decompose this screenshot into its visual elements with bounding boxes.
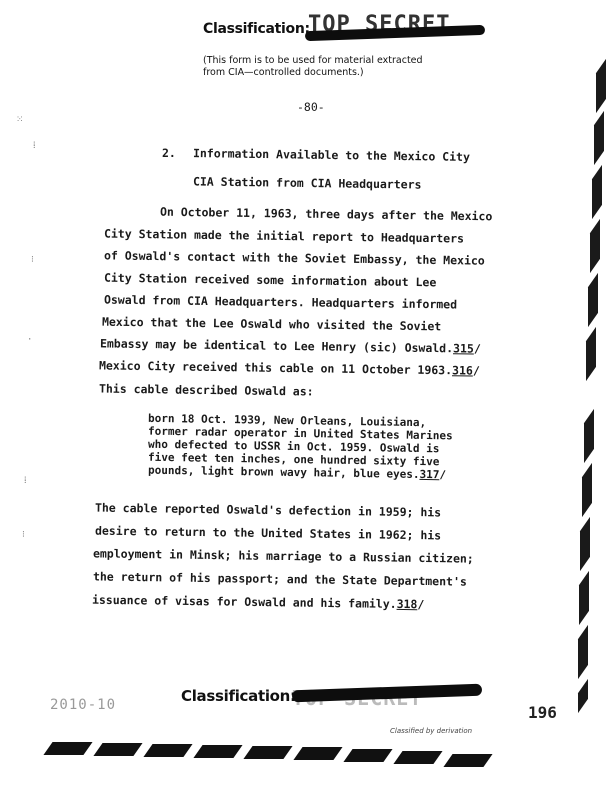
para1-line: Embassy may be identical to Lee Henry (s…: [100, 336, 481, 355]
footer-classification-label: Classification:: [181, 687, 296, 705]
footnote-315[interactable]: 315: [453, 341, 474, 355]
form-note-line2: from CIA—controlled documents.): [203, 67, 423, 79]
scan-artifact: ⁞: [33, 140, 36, 151]
edge-mark: [93, 743, 142, 756]
edge-mark: [586, 327, 596, 381]
edge-mark: [580, 517, 590, 571]
page-number: -80-: [297, 100, 325, 114]
form-note-line1: (This form is to be used for material ex…: [203, 55, 423, 67]
para1-line: On October 11, 1963, three days after th…: [160, 205, 493, 224]
edge-mark: [584, 409, 594, 463]
edge-mark: [293, 747, 342, 760]
scan-artifact: ⁙: [16, 115, 24, 125]
quote-line: pounds, light brown wavy hair, blue eyes…: [148, 465, 446, 482]
footnote-318[interactable]: 318: [397, 597, 418, 611]
footnote-316[interactable]: 316: [452, 363, 473, 377]
section-title-line1: Information Available to the Mexico City: [193, 146, 470, 164]
edge-mark: [193, 745, 242, 758]
para2-line: the return of his passport; and the Stat…: [93, 569, 467, 588]
page-total-number: 196: [528, 703, 557, 722]
section-number: 2.: [162, 146, 176, 160]
para1-line: Mexico City received this cable on 11 Oc…: [99, 358, 480, 377]
para1-line: City Station made the initial report to …: [104, 226, 464, 245]
para2-line: desire to return to the United States in…: [95, 524, 441, 543]
classified-by-note: Classified by derivation: [390, 727, 472, 735]
para1-line: City Station received some information a…: [104, 271, 437, 290]
edge-mark: [393, 751, 442, 764]
scan-artifact: ·: [27, 335, 32, 345]
edge-mark: [579, 571, 589, 625]
para1-line: Oswald from CIA Headquarters. Headquarte…: [104, 293, 457, 312]
form-note: (This form is to be used for material ex…: [203, 55, 423, 79]
edge-mark: [143, 744, 192, 757]
footnote-317[interactable]: 317: [419, 468, 439, 481]
para2-line: issuance of visas for Oswald and his fam…: [92, 593, 425, 612]
para2-line: employment in Minsk; his marriage to a R…: [93, 546, 474, 565]
edge-mark: [594, 111, 604, 165]
section-title-line2: CIA Station from CIA Headquarters: [193, 174, 422, 191]
para1-line: This cable described Oswald as:: [99, 382, 314, 399]
para1-line: of Oswald's contact with the Soviet Emba…: [104, 248, 485, 267]
edge-mark: [343, 749, 392, 762]
edge-mark: [590, 219, 600, 273]
para1-line: Mexico that the Lee Oswald who visited t…: [102, 315, 441, 334]
header-classification-label: Classification:: [203, 21, 310, 37]
scan-artifact: ⁝: [22, 530, 25, 540]
document-id-faded: 2010-10: [50, 697, 116, 713]
edge-mark: [43, 742, 92, 755]
scan-artifact: ⁝: [31, 255, 34, 265]
edge-mark: [592, 165, 602, 219]
edge-mark: [596, 59, 606, 113]
edge-mark: [578, 679, 588, 713]
scan-artifact: ⁞: [24, 475, 27, 486]
edge-mark: [582, 463, 592, 517]
edge-mark: [588, 273, 598, 327]
edge-mark: [443, 754, 492, 767]
edge-mark: [578, 625, 588, 679]
edge-mark: [243, 746, 292, 759]
para2-line: The cable reported Oswald's defection in…: [95, 501, 441, 520]
